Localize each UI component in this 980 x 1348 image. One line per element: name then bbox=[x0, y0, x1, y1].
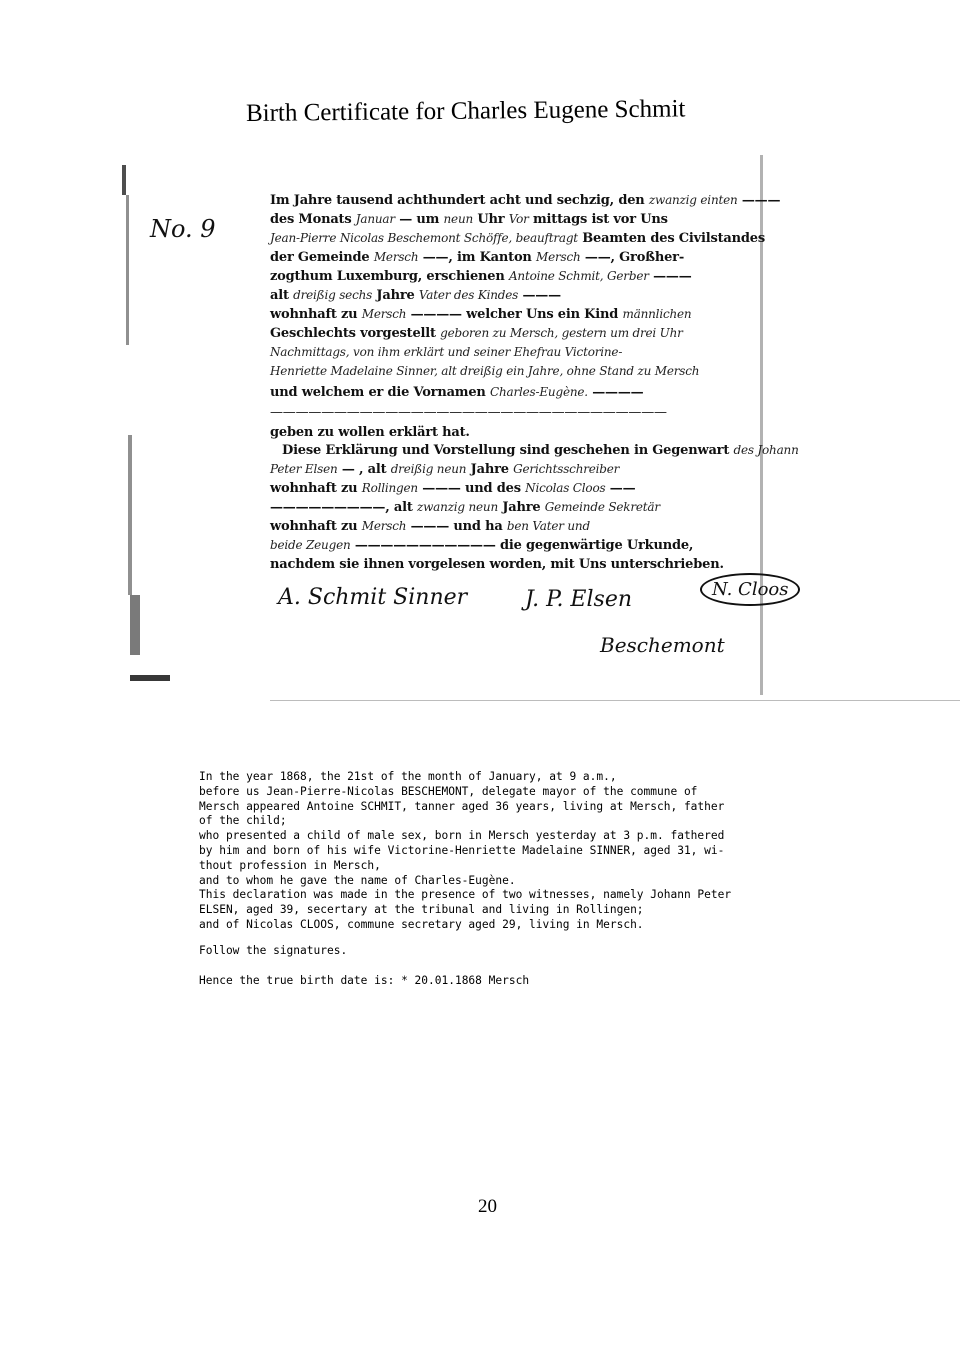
english-translation: In the year 1868, the 21st of the month … bbox=[199, 770, 799, 933]
certificate-line: der Gemeinde Mersch ——, im Kanton Mersch… bbox=[270, 250, 684, 265]
translation-line: and to whom he gave the name of Charles-… bbox=[199, 874, 799, 889]
scan-artifact bbox=[122, 165, 126, 195]
translation-line: thout profession in Mersch, bbox=[199, 859, 799, 874]
certificate-line: Im Jahre tausend achthundert acht und se… bbox=[270, 193, 780, 208]
certificate-line: wohnhaft zu Mersch ———— welcher Uns ein … bbox=[270, 307, 691, 322]
signature-beschemont: Beschemont bbox=[600, 633, 725, 657]
certificate-line: und welchem er die Vornamen Charles-Eugè… bbox=[270, 385, 643, 400]
scan-artifact bbox=[130, 675, 170, 681]
translation-line: who presented a child of male sex, born … bbox=[199, 829, 799, 844]
translation-line: before us Jean-Pierre-Nicolas BESCHEMONT… bbox=[199, 785, 799, 800]
certificate-line: Nachmittags, von ihm erklärt und seiner … bbox=[270, 345, 622, 360]
certificate-line: Henriette Madelaine Sinner, alt dreißig … bbox=[270, 364, 699, 379]
certificate-line: Diese Erklärung und Vorstellung sind ges… bbox=[282, 443, 799, 458]
signature-cloos: N. Cloos bbox=[700, 573, 800, 606]
certificate-line: Geschlechts vorgestellt geboren zu Mersc… bbox=[270, 326, 683, 341]
follow-signatures-note: Follow the signatures. bbox=[199, 944, 347, 957]
certificate-line: —————————, alt zwanzig neun Jahre Gemein… bbox=[270, 500, 660, 515]
translation-line: of the child; bbox=[199, 814, 799, 829]
certificate-line: geben zu wollen erklärt hat. bbox=[270, 425, 470, 440]
signature-elsen: J. P. Elsen bbox=[525, 587, 632, 612]
certificate-line: beide Zeugen ——————————— die gegenwärtig… bbox=[270, 538, 693, 553]
certificate-line: wohnhaft zu Rollingen ——— und des Nicola… bbox=[270, 481, 635, 496]
translation-line: Mersch appeared Antoine SCHMIT, tanner a… bbox=[199, 800, 799, 815]
translation-line: by him and born of his wife Victorine-He… bbox=[199, 844, 799, 859]
translation-line: In the year 1868, the 21st of the month … bbox=[199, 770, 799, 785]
certificate-line: wohnhaft zu Mersch ——— und ha ben Vater … bbox=[270, 519, 590, 534]
scan-artifact bbox=[130, 595, 140, 655]
scan-edge bbox=[270, 700, 960, 701]
true-birth-date: Hence the true birth date is: * 20.01.18… bbox=[199, 974, 529, 987]
certificate-line: Peter Elsen — , alt dreißig neun Jahre G… bbox=[270, 462, 619, 477]
scan-artifact bbox=[128, 435, 132, 595]
certificate-line: nachdem sie ihnen vorgelesen worden, mit… bbox=[270, 557, 724, 572]
translation-line: This declaration was made in the presenc… bbox=[199, 888, 799, 903]
true-birth-date-value: * 20.01.1868 Mersch bbox=[401, 974, 529, 987]
certificate-line: Jean-Pierre Nicolas Beschemont Schöffe, … bbox=[270, 231, 765, 246]
translation-line: ELSEN, aged 39, secertary at the tribuna… bbox=[199, 903, 799, 918]
margin-note: No. 9 bbox=[150, 215, 216, 243]
page-number: 20 bbox=[478, 1196, 497, 1218]
translation-line: and of Nicolas CLOOS, commune secretary … bbox=[199, 918, 799, 933]
signature-schmit-sinner: A. Schmit Sinner bbox=[278, 585, 467, 610]
certificate-line: des Monats Januar — um neun Uhr Vor mitt… bbox=[270, 212, 668, 227]
certificate-line: zogthum Luxemburg, erschienen Antoine Sc… bbox=[270, 269, 692, 284]
scan-artifact bbox=[126, 195, 129, 345]
page-title: Birth Certificate for Charles Eugene Sch… bbox=[246, 95, 716, 128]
certificate-rule: ——————————————————————————————— bbox=[270, 405, 667, 420]
true-birth-date-label: Hence the true birth date is: bbox=[199, 974, 394, 987]
scanned-certificate-image: No. 9 Im Jahre tausend achthundert acht … bbox=[120, 155, 840, 715]
certificate-line: alt dreißig sechs Jahre Vater des Kindes… bbox=[270, 288, 561, 303]
